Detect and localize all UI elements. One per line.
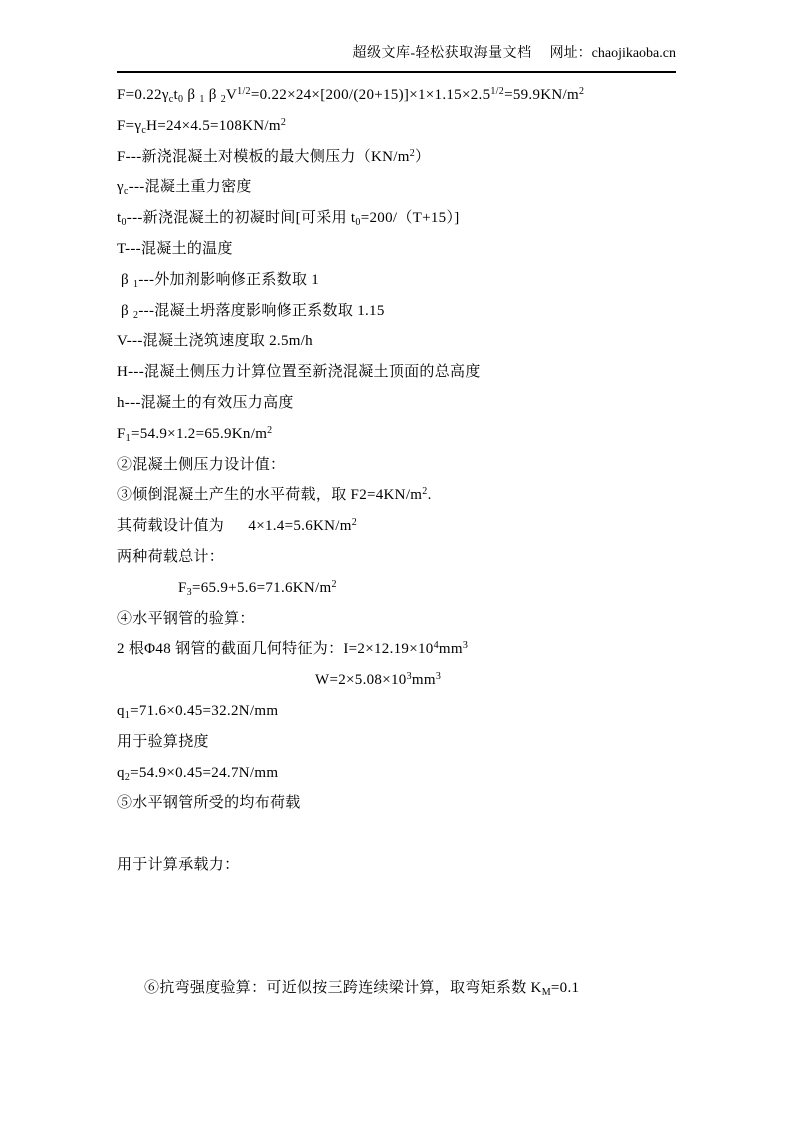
formula-subscript: 1 [126,433,131,444]
text-run: ②混凝土侧压力设计值： [117,457,285,473]
text-run: γ [117,179,124,195]
document-line: V---混凝土浇筑速度取 2.5m/h [117,326,717,357]
text-run: H---混凝土侧压力计算位置至新浇混凝土顶面的总高度 [117,364,481,380]
formula-subscript: 2 [133,310,138,321]
text-run: 2 根Φ48 钢管的截面几何特征为：I=2×12.19×10 [117,641,434,657]
text-run: =0.22×24×[200/(20+15)]×1×1.15×2.5 [251,87,491,103]
text-run: W=2×5.08×10 [315,672,407,688]
formula-supscript: 3 [436,671,441,682]
formula-subscript: c [141,125,146,136]
formula-supscript: 2 [410,148,415,159]
text-run: ---混凝土坍落度影响修正系数取 1.15 [138,303,384,319]
document-line: ⑥抗弯强度验算：可近似按三跨连续梁计算，取弯矩系数 KM=0.1 [117,973,717,1004]
text-run: V [226,87,237,103]
document-line: t0---新浇混凝土的初凝时间[可采用 t0=200/（T+15）] [117,203,717,234]
formula-subscript: M [542,987,551,998]
text-run: T---混凝土的温度 [117,241,233,257]
text-run: h---混凝土的有效压力高度 [117,395,294,411]
text-run: =0.1 [551,980,579,996]
document-line: β 2---混凝土坍落度影响修正系数取 1.15 [117,296,717,327]
formula-subscript: 2 [221,94,226,105]
text-run: 用于验算挠度 [117,734,209,750]
header-site-name: 超级文库-轻松获取海量文档 [352,46,531,61]
document-line: 两种荷载总计： [117,542,717,573]
document-line: 用于验算挠度 [117,727,717,758]
document-line: q2=54.9×0.45=24.7N/mm [117,758,717,789]
text-run: ---混凝土重力密度 [129,179,252,195]
document-line: T---混凝土的温度 [117,234,717,265]
formula-subscript: 0 [355,217,360,228]
text-run: ---外加剂影响修正系数取 1 [138,272,319,288]
text-run: =54.9×1.2=65.9Kn/m [131,426,267,442]
formula-supscript: 4 [434,640,439,651]
formula-supscript: 3 [463,640,468,651]
document-line: h---混凝土的有效压力高度 [117,388,717,419]
text-run: F=0.22γ [117,87,169,103]
formula-supscript: 2 [332,579,337,590]
text-run: ③倾倒混凝土产生的水平荷载，取 F2=4KN/m [117,487,422,503]
text-run: q [117,765,125,781]
document-line: F=0.22γct0 β 1 β 2V1/2=0.22×24×[200/(20+… [117,80,717,111]
text-run: ） [415,149,430,165]
text-run: β [205,87,221,103]
text-run: ---新浇混凝土的初凝时间[可采用 t [127,210,356,226]
blank-line [117,912,717,943]
formula-subscript: c [124,186,129,197]
text-run: mm [439,641,463,657]
text-run: V---混凝土浇筑速度取 2.5m/h [117,333,313,349]
text-run: mm [412,672,436,688]
blank-line [117,819,717,850]
text-run: β [117,272,133,288]
text-run: . [428,487,432,503]
text-run: ⑤水平钢管所受的均布荷载 [117,795,301,811]
text-run: 两种荷载总计： [117,549,224,565]
document-line: ④水平钢管的验算： [117,604,717,635]
document-line: q1=71.6×0.45=32.2N/mm [117,696,717,727]
document-page: 超级文库-轻松获取海量文档网址：chaojikaoba.cn F=0.22γct… [0,0,793,1122]
formula-subscript: 1 [199,94,204,105]
document-line: ②混凝土侧压力设计值： [117,450,717,481]
text-run: =71.6×0.45=32.2N/mm [130,703,278,719]
document-line: ⑤水平钢管所受的均布荷载 [117,788,717,819]
formula-supscript: 2 [281,117,286,128]
formula-supscript: 2 [352,517,357,528]
document-line: F=γcH=24×4.5=108KN/m2 [117,111,717,142]
document-line: H---混凝土侧压力计算位置至新浇混凝土顶面的总高度 [117,357,717,388]
formula-subscript: c [169,94,174,105]
document-line: 其荷载设计值为 4×1.4=5.6KN/m2 [117,511,717,542]
document-line: 用于计算承载力： [117,850,717,881]
document-line: F1=54.9×1.2=65.9Kn/m2 [117,419,717,450]
formula-supscript: 2 [267,425,272,436]
document-line: F---新浇混凝土对模板的最大侧压力（KN/m2） [117,142,717,173]
formula-subscript: 1 [125,710,130,721]
text-run: 用于计算承载力： [117,857,239,873]
text-run: H=24×4.5=108KN/m [146,118,281,134]
formula-supscript: 2 [579,86,584,97]
formula-subscript: 3 [187,587,192,598]
document-line: 2 根Φ48 钢管的截面几何特征为：I=2×12.19×104mm3 [117,634,717,665]
text-run: F [178,580,187,596]
document-line: β 1---外加剂影响修正系数取 1 [117,265,717,296]
blank-line [117,942,717,973]
text-run: =54.9×0.45=24.7N/mm [130,765,278,781]
text-run: F=γ [117,118,141,134]
document-line: ③倾倒混凝土产生的水平荷载，取 F2=4KN/m2. [117,480,717,511]
text-run: ④水平钢管的验算： [117,611,255,627]
document-line: γc---混凝土重力密度 [117,172,717,203]
text-run: β [117,303,133,319]
page-header: 超级文库-轻松获取海量文档网址：chaojikaoba.cn [117,44,676,73]
blank-line [117,881,717,912]
formula-supscript: 3 [407,671,412,682]
formula-supscript: 1/2 [237,86,251,97]
text-run: q [117,703,125,719]
header-url-label: 网址： [550,46,592,61]
formula-subscript: 0 [178,94,183,105]
formula-subscript: 1 [133,279,138,290]
text-run: β [183,87,199,103]
formula-supscript: 2 [422,486,427,497]
text-run: =65.9+5.6=71.6KN/m [192,580,332,596]
document-line: W=2×5.08×103mm3 [117,665,717,696]
formula-supscript: 1/2 [490,86,504,97]
formula-subscript: 2 [125,772,130,783]
document-body: F=0.22γct0 β 1 β 2V1/2=0.22×24×[200/(20+… [117,80,717,1004]
text-run: =59.9KN/m [504,87,579,103]
text-run: F---新浇混凝土对模板的最大侧压力（KN/m [117,149,410,165]
document-line: F3=65.9+5.6=71.6KN/m2 [117,573,717,604]
formula-subscript: 0 [121,217,126,228]
text-run: =200/（T+15）] [361,210,460,226]
text-run: 其荷载设计值为 4×1.4=5.6KN/m [117,518,352,534]
text-run: F [117,426,126,442]
text-run: ⑥抗弯强度验算：可近似按三跨连续梁计算，取弯矩系数 K [144,980,542,996]
header-url: chaojikaoba.cn [592,46,676,61]
